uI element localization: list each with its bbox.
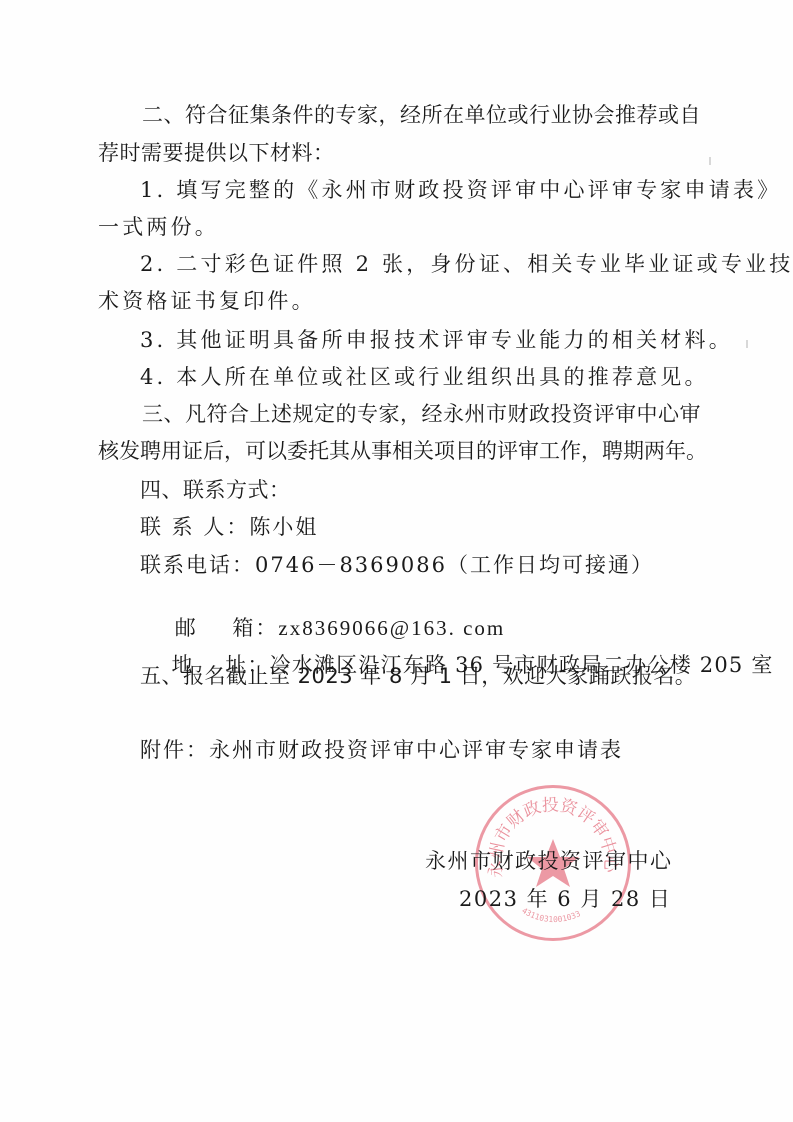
phone-row: 联系电话：0746－8369086（工作日均可接通） — [140, 552, 654, 578]
section2-heading-line2: 荐时需要提供以下材料： — [98, 140, 335, 166]
section2-heading-line1: 二、符合征集条件的专家，经所在单位或行业协会推荐或自 — [142, 102, 701, 128]
section2-item3: 3. 其他证明具备所申报技术评审专业能力的相关材料。 — [140, 327, 733, 353]
section2-item1-line1: 1. 填写完整的《永州市财政投资评审中心评审专家申请表》 — [140, 177, 781, 203]
contact-person-value: 陈小姐 — [249, 515, 318, 539]
section3-line2: 核发聘用证后，可以委托其从事相关项目的评审工作，聘期两年。 — [98, 438, 707, 464]
scan-artifact — [709, 157, 711, 165]
document-page: 二、符合征集条件的专家，经所在单位或行业协会推荐或自 荐时需要提供以下材料： 1… — [0, 0, 793, 1122]
section4-heading: 四、联系方式： — [140, 477, 291, 503]
signature-date: 2023 年 6 月 28 日 — [459, 886, 671, 912]
section5-deadline: 五、报名截止至 2023 年 8 月 1 日，欢迎大家踊跃报名。 — [140, 663, 696, 689]
signature-organization: 永州市财政投资评审中心 — [425, 848, 673, 874]
section2-item2-line2: 术资格证书复印件。 — [98, 288, 316, 314]
attachment-note: 附件：永州市财政投资评审中心评审专家申请表 — [140, 737, 623, 763]
phone-value: 0746－8369086（工作日均可接通） — [255, 553, 654, 577]
section2-item4: 4. 本人所在单位或社区或行业组织出具的推荐意见。 — [140, 364, 709, 390]
contact-person-row: 联 系 人：陈小姐 — [140, 514, 318, 540]
contact-person-label: 联 系 人： — [140, 515, 249, 539]
section3-line1: 三、凡符合上述规定的专家，经永州市财政投资评审中心审 — [142, 401, 701, 427]
phone-label: 联系电话： — [140, 553, 255, 577]
scan-artifact — [746, 340, 748, 348]
section2-item2-line1: 2. 二寸彩色证件照 2 张，身份证、相关专业毕业证或专业技 — [140, 251, 793, 277]
section2-item1-line2: 一式两份。 — [98, 214, 219, 240]
